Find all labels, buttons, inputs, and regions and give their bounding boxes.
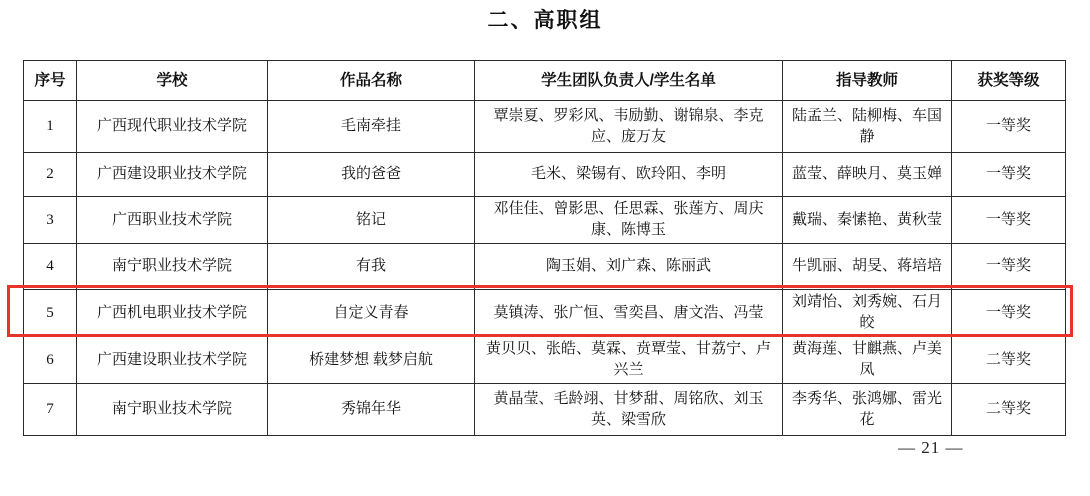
table-row: 2 广西建设职业技术学院 我的爸爸 毛米、梁锡有、欧玲阳、李明 蓝莹、薛映月、莫… [24, 153, 1066, 197]
table-row: 3 广西职业技术学院 铭记 邓佳佳、曾影思、任思霖、张莲方、周庆康、陈博玉 戴瑞… [24, 197, 1066, 244]
page-title: 二、高职组 [0, 4, 1090, 34]
cell-work: 有我 [268, 244, 475, 290]
cell-school: 南宁职业技术学院 [77, 384, 268, 436]
cell-no: 2 [24, 153, 77, 197]
cell-students: 邓佳佳、曾影思、任思霖、张莲方、周庆康、陈博玉 [475, 197, 783, 244]
table-row: 1 广西现代职业技术学院 毛南牵挂 覃崇夏、罗彩风、韦励勤、谢锦泉、李克应、庞万… [24, 101, 1066, 153]
col-header-teachers: 指导教师 [783, 61, 952, 101]
cell-teachers: 李秀华、张鸿娜、雷光花 [783, 384, 952, 436]
cell-award: 二等奖 [952, 337, 1066, 384]
cell-work: 铭记 [268, 197, 475, 244]
cell-work: 我的爸爸 [268, 153, 475, 197]
cell-award: 二等奖 [952, 384, 1066, 436]
cell-students: 毛米、梁锡有、欧玲阳、李明 [475, 153, 783, 197]
cell-award: 一等奖 [952, 244, 1066, 290]
cell-school: 广西现代职业技术学院 [77, 101, 268, 153]
cell-school: 广西职业技术学院 [77, 197, 268, 244]
cell-award: 一等奖 [952, 153, 1066, 197]
cell-work: 自定义青春 [268, 290, 475, 337]
col-header-no: 序号 [24, 61, 77, 101]
page-number: — 21 — [898, 438, 964, 458]
cell-no: 3 [24, 197, 77, 244]
col-header-award: 获奖等级 [952, 61, 1066, 101]
cell-teachers: 刘靖怡、刘秀婉、石月皎 [783, 290, 952, 337]
cell-school: 南宁职业技术学院 [77, 244, 268, 290]
table-row: 6 广西建设职业技术学院 桥建梦想 载梦启航 黄贝贝、张皓、莫霖、贲覃莹、甘荔宁… [24, 337, 1066, 384]
cell-work: 桥建梦想 载梦启航 [268, 337, 475, 384]
col-header-students: 学生团队负责人/学生名单 [475, 61, 783, 101]
cell-award: 一等奖 [952, 101, 1066, 153]
cell-students: 黄贝贝、张皓、莫霖、贲覃莹、甘荔宁、卢兴兰 [475, 337, 783, 384]
cell-school: 广西建设职业技术学院 [77, 337, 268, 384]
cell-no: 5 [24, 290, 77, 337]
cell-students: 黄晶莹、毛龄翊、甘梦甜、周铭欣、刘玉英、梁雪欣 [475, 384, 783, 436]
cell-award: 一等奖 [952, 197, 1066, 244]
col-header-work: 作品名称 [268, 61, 475, 101]
cell-teachers: 戴瑞、秦愫艳、黄秋莹 [783, 197, 952, 244]
table-header-row: 序号 学校 作品名称 学生团队负责人/学生名单 指导教师 获奖等级 [24, 61, 1066, 101]
cell-teachers: 陆孟兰、陆柳梅、车国静 [783, 101, 952, 153]
cell-students: 覃崇夏、罗彩风、韦励勤、谢锦泉、李克应、庞万友 [475, 101, 783, 153]
cell-work: 毛南牵挂 [268, 101, 475, 153]
cell-school: 广西机电职业技术学院 [77, 290, 268, 337]
table-row-highlighted: 5 广西机电职业技术学院 自定义青春 莫镇涛、张广恒、雪奕昌、唐文浩、冯莹 刘靖… [24, 290, 1066, 337]
cell-teachers: 蓝莹、薛映月、莫玉婵 [783, 153, 952, 197]
cell-award: 一等奖 [952, 290, 1066, 337]
cell-work: 秀锦年华 [268, 384, 475, 436]
awards-table: 序号 学校 作品名称 学生团队负责人/学生名单 指导教师 获奖等级 1 广西现代… [23, 60, 1066, 436]
cell-no: 6 [24, 337, 77, 384]
cell-no: 7 [24, 384, 77, 436]
cell-teachers: 黄海莲、甘麒燕、卢美凤 [783, 337, 952, 384]
cell-no: 4 [24, 244, 77, 290]
cell-teachers: 牛凯丽、胡旻、蒋培培 [783, 244, 952, 290]
col-header-school: 学校 [77, 61, 268, 101]
cell-no: 1 [24, 101, 77, 153]
cell-students: 莫镇涛、张广恒、雪奕昌、唐文浩、冯莹 [475, 290, 783, 337]
document-page: 二、高职组 序号 学校 作品名称 学生团队负责人/学生名单 指导教师 获奖等级 … [0, 0, 1090, 496]
cell-school: 广西建设职业技术学院 [77, 153, 268, 197]
table-row: 4 南宁职业技术学院 有我 陶玉娟、刘广森、陈丽武 牛凯丽、胡旻、蒋培培 一等奖 [24, 244, 1066, 290]
cell-students: 陶玉娟、刘广森、陈丽武 [475, 244, 783, 290]
table-row: 7 南宁职业技术学院 秀锦年华 黄晶莹、毛龄翊、甘梦甜、周铭欣、刘玉英、梁雪欣 … [24, 384, 1066, 436]
